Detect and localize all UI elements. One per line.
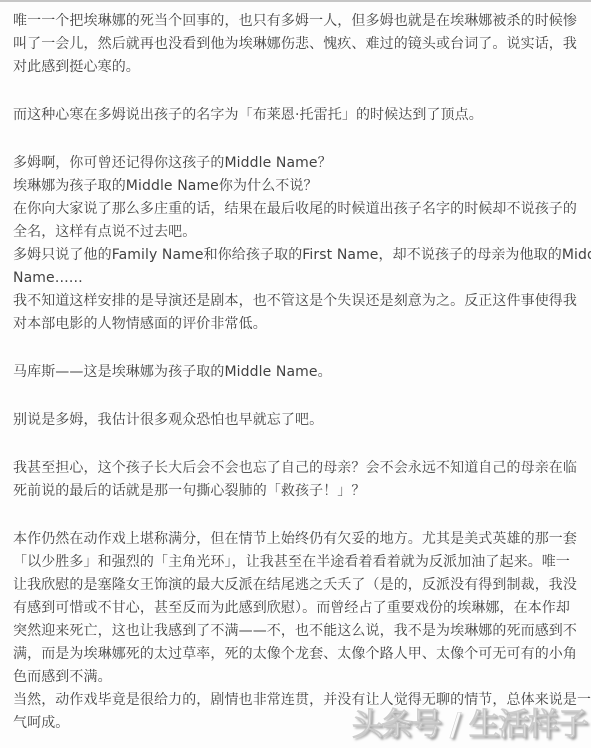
- paragraph: 别说是多姆，我估计很多观众恐怕也早就忘了吧。: [13, 409, 578, 432]
- text-line: 多姆只说了他的Family Name和你给孩子取的First Name，却不说孩…: [13, 244, 578, 267]
- text-line: 在你向大家说了那么多庄重的话，结果在最后收尾的时候道出孩子名字的时候却不说孩子的: [13, 198, 578, 221]
- text-line: 当然，动作戏毕竟是很给力的，剧情也非常连贯，并没有让人觉得无聊的情节，总体来说是…: [13, 689, 578, 712]
- text-line: 叫了一会儿，然后就再也没看到他为埃琳娜伤悲、愧疚、难过的镜头或台词了。说实话，我: [13, 33, 578, 56]
- text-line: 而这种心寒在多姆说出孩子的名字为「布莱恩·托雷托」的时候达到了顶点。: [13, 104, 578, 127]
- paragraph: 唯一一个把埃琳娜的死当个回事的，也只有多姆一人，但多姆也就是在埃琳娜被杀的时候惨…: [13, 10, 578, 79]
- text-line: 我不知道这样安排的是导演还是剧本，也不管这是个失误还是刻意为之。反正这件事使得我: [13, 290, 578, 313]
- text-line: 本作仍然在动作戏上堪称满分，但在情节上始终仍有欠妥的地方。尤其是美式英雄的那一套: [13, 528, 578, 551]
- text-line: 全名，这样有点说不过去吧。: [13, 221, 578, 244]
- text-line: 别说是多姆，我估计很多观众恐怕也早就忘了吧。: [13, 409, 578, 432]
- text-line: 死前说的最后的话就是那一句撕心裂肺的「救孩子！」？: [13, 480, 578, 503]
- text-line: 埃琳娜为孩子取的Middle Name你为什么不说？: [13, 175, 578, 198]
- article-body: 唯一一个把埃琳娜的死当个回事的，也只有多姆一人，但多姆也就是在埃琳娜被杀的时候惨…: [0, 2, 591, 735]
- paragraph: 马库斯——这是埃琳娜为孩子取的Middle Name。: [13, 361, 578, 384]
- text-line: 有感到可惜或不甘心，甚至反而为此感到欣慰）。而曾经占了重要戏份的埃琳娜，在本作却: [13, 597, 578, 620]
- text-line: 色而感到不满。: [13, 666, 578, 689]
- text-line: 气呵成。: [13, 712, 578, 735]
- text-line: 「以少胜多」和强烈的「主角光环」，让我甚至在半途看着看着就为反派加油了起来。唯一: [13, 551, 578, 574]
- text-line: Name……: [13, 267, 578, 290]
- text-line: 马库斯——这是埃琳娜为孩子取的Middle Name。: [13, 361, 578, 384]
- text-line: 我甚至担心，这个孩子长大后会不会也忘了自己的母亲？会不会永远不知道自己的母亲在临: [13, 457, 578, 480]
- text-line: 满，而是为埃琳娜死的太过草率，死的太像个龙套、太像个路人甲、太像个可无可有的小角: [13, 643, 578, 666]
- text-line: 多姆啊，你可曾还记得你这孩子的Middle Name？: [13, 152, 578, 175]
- text-line: 对此感到挺心寒的。: [13, 56, 578, 79]
- text-line: 唯一一个把埃琳娜的死当个回事的，也只有多姆一人，但多姆也就是在埃琳娜被杀的时候惨: [13, 10, 578, 33]
- text-line: 突然迎来死亡，这也让我感到了不满——不，也不能这么说，我不是为埃琳娜的死而感到不: [13, 620, 578, 643]
- text-line: 让我欣慰的是塞隆女王饰演的最大反派在结尾逃之夭夭了（是的，反派没有得到制裁，我没: [13, 574, 578, 597]
- paragraph: 而这种心寒在多姆说出孩子的名字为「布莱恩·托雷托」的时候达到了顶点。: [13, 104, 578, 127]
- article-page: 唯一一个把埃琳娜的死当个回事的，也只有多姆一人，但多姆也就是在埃琳娜被杀的时候惨…: [0, 0, 591, 748]
- paragraph: 本作仍然在动作戏上堪称满分，但在情节上始终仍有欠妥的地方。尤其是美式英雄的那一套…: [13, 528, 578, 735]
- text-line: 对本部电影的人物情感面的评价非常低。: [13, 313, 578, 336]
- paragraph: 我甚至担心，这个孩子长大后会不会也忘了自己的母亲？会不会永远不知道自己的母亲在临…: [13, 457, 578, 503]
- paragraph: 多姆啊，你可曾还记得你这孩子的Middle Name？埃琳娜为孩子取的Middl…: [13, 152, 578, 336]
